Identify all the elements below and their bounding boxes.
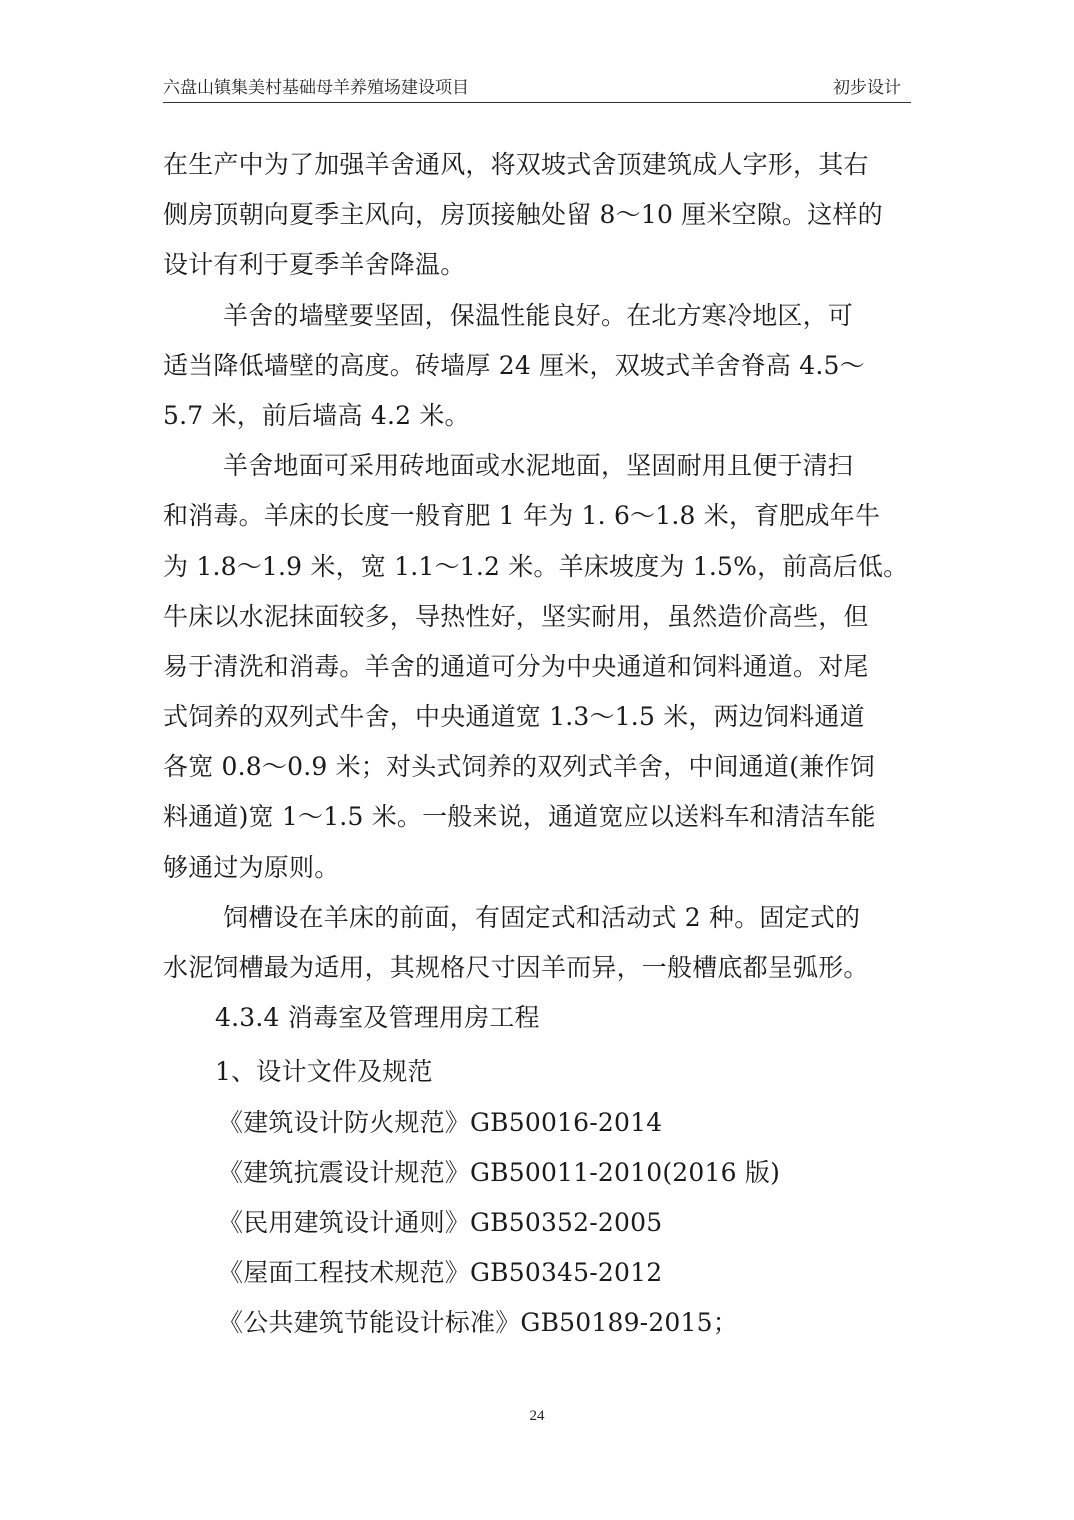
paragraph-floor: 羊舍地面可采用砖地面或水泥地面，坚固耐用且便于清扫 和消毒。羊床的长度一般育肥 … xyxy=(163,441,913,893)
text-line: 在生产中为了加强羊舍通风，将双坡式舍顶建筑成人字形，其右 xyxy=(163,140,913,190)
text-line: 为 1.8～1.9 米，宽 1.1～1.2 米。羊床坡度为 1.5%，前高后低。 xyxy=(163,542,913,592)
text-line: 料通道)宽 1～1.5 米。一般来说，通道宽应以送料车和清洁车能 xyxy=(163,792,913,842)
text-line: 够通过为原则。 xyxy=(163,843,913,893)
reference-item: 《建筑抗震设计规范》GB50011-2010(2016 版) xyxy=(163,1148,913,1198)
text-line: 羊舍地面可采用砖地面或水泥地面，坚固耐用且便于清扫 xyxy=(163,441,913,491)
subsection-heading: 1、设计文件及规范 xyxy=(163,1047,913,1097)
text-line: 5.7 米，前后墙高 4.2 米。 xyxy=(163,391,913,441)
header-project-title: 六盘山镇集美村基础母羊养殖场建设项目 xyxy=(163,76,469,100)
header-section-label: 初步设计 xyxy=(833,76,901,100)
text-line: 适当降低墙壁的高度。砖墙厚 24 厘米，双坡式羊舍脊高 4.5～ xyxy=(163,341,913,391)
text-line: 水泥饲槽最为适用，其规格尺寸因羊而异，一般槽底都呈弧形。 xyxy=(163,943,913,993)
text-line: 式饲养的双列式牛舍，中央通道宽 1.3～1.5 米，两边饲料通道 xyxy=(163,692,913,742)
document-body: 在生产中为了加强羊舍通风，将双坡式舍顶建筑成人字形，其右 侧房顶朝向夏季主风向，… xyxy=(163,140,913,1349)
text-line: 易于清洗和消毒。羊舍的通道可分为中央通道和饲料通道。对尾 xyxy=(163,642,913,692)
text-line: 牛床以水泥抹面较多，导热性好，坚实耐用，虽然造价高些，但 xyxy=(163,592,913,642)
page-header: 六盘山镇集美村基础母羊养殖场建设项目 初步设计 xyxy=(163,76,911,100)
text-line: 各宽 0.8～0.9 米；对头式饲养的双列式羊舍，中间通道(兼作饲 xyxy=(163,742,913,792)
reference-item: 《民用建筑设计通则》GB50352-2005 xyxy=(163,1198,913,1248)
text-line: 侧房顶朝向夏季主风向，房顶接触处留 8～10 厘米空隙。这样的 xyxy=(163,190,913,240)
paragraph-trough: 饲槽设在羊床的前面，有固定式和活动式 2 种。固定式的 水泥饲槽最为适用，其规格… xyxy=(163,893,913,993)
reference-item: 《屋面工程技术规范》GB50345-2012 xyxy=(163,1248,913,1298)
header-divider xyxy=(163,102,911,103)
page-number: 24 xyxy=(0,1408,1074,1425)
document-page: 六盘山镇集美村基础母羊养殖场建设项目 初步设计 在生产中为了加强羊舍通风，将双坡… xyxy=(0,0,1074,1520)
section-heading: 4.3.4 消毒室及管理用房工程 xyxy=(163,993,913,1043)
paragraph-walls: 羊舍的墙壁要坚固，保温性能良好。在北方寒冷地区，可 适当降低墙壁的高度。砖墙厚 … xyxy=(163,291,913,442)
text-line: 羊舍的墙壁要坚固，保温性能良好。在北方寒冷地区，可 xyxy=(163,291,913,341)
text-line: 饲槽设在羊床的前面，有固定式和活动式 2 种。固定式的 xyxy=(163,893,913,943)
paragraph-ventilation: 在生产中为了加强羊舍通风，将双坡式舍顶建筑成人字形，其右 侧房顶朝向夏季主风向，… xyxy=(163,140,913,291)
reference-list: 《建筑设计防火规范》GB50016-2014 《建筑抗震设计规范》GB50011… xyxy=(163,1098,913,1349)
text-line: 和消毒。羊床的长度一般育肥 1 年为 1. 6～1.8 米，育肥成年牛 xyxy=(163,491,913,541)
reference-item: 《公共建筑节能设计标准》GB50189-2015； xyxy=(163,1298,913,1348)
text-line: 设计有利于夏季羊舍降温。 xyxy=(163,240,913,290)
reference-item: 《建筑设计防火规范》GB50016-2014 xyxy=(163,1098,913,1148)
